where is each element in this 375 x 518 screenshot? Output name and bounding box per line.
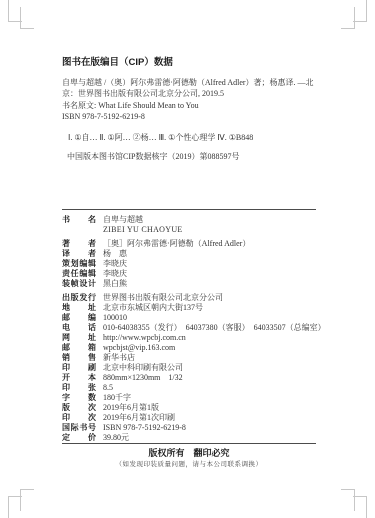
crop-mark-bottom-left [0, 488, 36, 518]
colophon-row: 译者 杨 惠 [62, 249, 316, 259]
colophon-row: 版次 2019年6月第1版 [62, 403, 316, 413]
colophon-row: 开本 880mm×1230mm 1/32 [62, 373, 316, 383]
colophon-row: 印刷 北京中科印刷有限公司 [62, 363, 316, 373]
crop-mark-top-left [0, 0, 36, 30]
colophon-row-value: 杨 惠 [103, 249, 316, 259]
copyright-page: 图书在版编目（CIP）数据 自卑与超越 /（奥）阿尔弗雷德·阿德勒（Alfred… [0, 0, 375, 518]
cip-record: 自卑与超越 /（奥）阿尔弗雷德·阿德勒（Alfred Adler）著；杨惠译. … [62, 77, 316, 100]
crop-mark-bottom-right [339, 488, 375, 518]
colophon-row-label: 邮编 [62, 313, 96, 323]
colophon-row-label: 字数 [62, 393, 96, 403]
colophon-row-value: 39.80元 [103, 433, 316, 443]
colophon-row: 策划编辑 李晓庆 [62, 259, 316, 269]
colophon-row-label: 销售 [62, 353, 96, 363]
colophon-row-value: 100010 [103, 313, 316, 323]
colophon-row-label: 印次 [62, 413, 96, 423]
colophon-row: 装帧设计 黑白熊 [62, 279, 316, 289]
colophon-row-label: 印张 [62, 383, 96, 393]
cip-registration: 中国版本图书馆CIP数据核字（2019）第088597号 [62, 151, 316, 162]
colophon-row-value: 新华书店 [103, 353, 316, 363]
colophon-row-value: 黑白熊 [103, 279, 316, 289]
colophon-row-label: 译者 [62, 249, 96, 259]
colophon-row-value: 世界图书出版有限公司北京分公司 [103, 293, 316, 303]
colophon-row: 出版发行 世界图书出版有限公司北京分公司 [62, 293, 316, 303]
colophon-row: 字数 180千字 [62, 393, 316, 403]
colophon-row-value: 自卑与超越 [103, 215, 316, 225]
colophon-row: 著者 ［奥］阿尔弗雷德·阿德勒（Alfred Adler） [62, 239, 316, 249]
colophon-row-label: 策划编辑 [62, 259, 96, 269]
cip-classification: Ⅰ. ①自… Ⅱ. ①阿… ②杨… Ⅲ. ①个性心理学 Ⅳ. ①B848 [62, 132, 316, 143]
colophon-row-value: 880mm×1230mm 1/32 [103, 373, 316, 383]
cip-isbn: ISBN 978-7-5192-6219-8 [62, 111, 316, 122]
colophon-row: 销售 新华书店 [62, 353, 316, 363]
colophon-row: 电话 010-64038355（发行） 64037380（客服） 6403350… [62, 323, 316, 333]
colophon-row: 地址 北京市东城区朝内大街137号 [62, 303, 316, 313]
colophon-row-label: 印刷 [62, 363, 96, 373]
colophon-row-value: 8.5 [103, 383, 316, 393]
colophon-row-value: 李晓庆 [103, 269, 316, 279]
rights-notice: 版权所有 翻印必究 [62, 448, 316, 459]
colophon-row: 邮箱 wpcbjst@vip.163.com [62, 343, 316, 353]
colophon-row-value: wpcbjst@vip.163.com [103, 343, 316, 353]
colophon-row-label: 电话 [62, 323, 96, 333]
colophon-row-value: 2019年6月第1次印刷 [103, 413, 316, 423]
colophon-row-label: 定价 [62, 433, 96, 443]
colophon-row: 印张 8.5 [62, 383, 316, 393]
colophon-row-value: ISBN 978-7-5192-6219-8 [103, 423, 316, 433]
colophon-row: 国际书号 ISBN 978-7-5192-6219-8 [62, 423, 316, 433]
rights-footer: 版权所有 翻印必究 （如发现印装质量问题，请与本公司联系调换） [62, 443, 316, 469]
colophon-row-label: 书名 [62, 215, 96, 225]
colophon-row-label: 网址 [62, 333, 96, 343]
colophon-row-value: 北京中科印刷有限公司 [103, 363, 316, 373]
colophon-row: 印次 2019年6月第1次印刷 [62, 413, 316, 423]
colophon-row-label: 地址 [62, 303, 96, 313]
colophon-row-value: 180千字 [103, 393, 316, 403]
colophon-row-label: 国际书号 [62, 423, 96, 433]
colophon-row-value: 北京市东城区朝内大街137号 [103, 303, 316, 313]
crop-mark-top-right [339, 0, 375, 30]
cip-title: 图书在版编目（CIP）数据 [62, 57, 316, 69]
colophon-row: 邮编 100010 [62, 313, 316, 323]
colophon-row-label: 责任编辑 [62, 269, 96, 279]
colophon-row-label: 开本 [62, 373, 96, 383]
colophon-row-value: http://www.wpcbj.com.cn [103, 333, 316, 343]
colophon-group-publish: 出版发行 世界图书出版有限公司北京分公司 地址 北京市东城区朝内大街137号 邮… [62, 293, 316, 443]
colophon-row: 网址 http://www.wpcbj.com.cn [62, 333, 316, 343]
colophon-row-label: 邮箱 [62, 343, 96, 353]
colophon-row-label: 装帧设计 [62, 279, 96, 289]
colophon-row: 书名 自卑与超越 [62, 215, 316, 225]
colophon-row-label: 版次 [62, 403, 96, 413]
cip-original-title: 书名原文: What Life Should Mean to You [62, 100, 316, 111]
colophon-row-value: 010-64038355（发行） 64037380（客服） 64033507（总… [103, 323, 326, 333]
colophon-row-label: 出版发行 [62, 293, 96, 303]
colophon-row-value: 2019年6月第1版 [103, 403, 316, 413]
colophon-row-value: 李晓庆 [103, 259, 316, 269]
colophon-row-value: ［奥］阿尔弗雷德·阿德勒（Alfred Adler） [103, 239, 316, 249]
colophon: 书名 自卑与超越 ZIBEI YU CHAOYUE 著者 ［奥］阿尔弗雷德·阿德… [62, 209, 316, 447]
colophon-row: 定价 39.80元 [62, 433, 316, 443]
colophon-row: 责任编辑 李晓庆 [62, 269, 316, 279]
colophon-group-title: 书名 自卑与超越 ZIBEI YU CHAOYUE [62, 215, 316, 235]
cip-section: 图书在版编目（CIP）数据 自卑与超越 /（奥）阿尔弗雷德·阿德勒（Alfred… [62, 57, 316, 162]
colophon-group-author: 著者 ［奥］阿尔弗雷德·阿德勒（Alfred Adler） 译者 杨 惠 策划编… [62, 239, 316, 289]
rights-note: （如发现印装质量问题，请与本公司联系调换） [62, 460, 316, 469]
book-title-pinyin: ZIBEI YU CHAOYUE [62, 225, 316, 235]
colophon-row-label: 著者 [62, 239, 96, 249]
